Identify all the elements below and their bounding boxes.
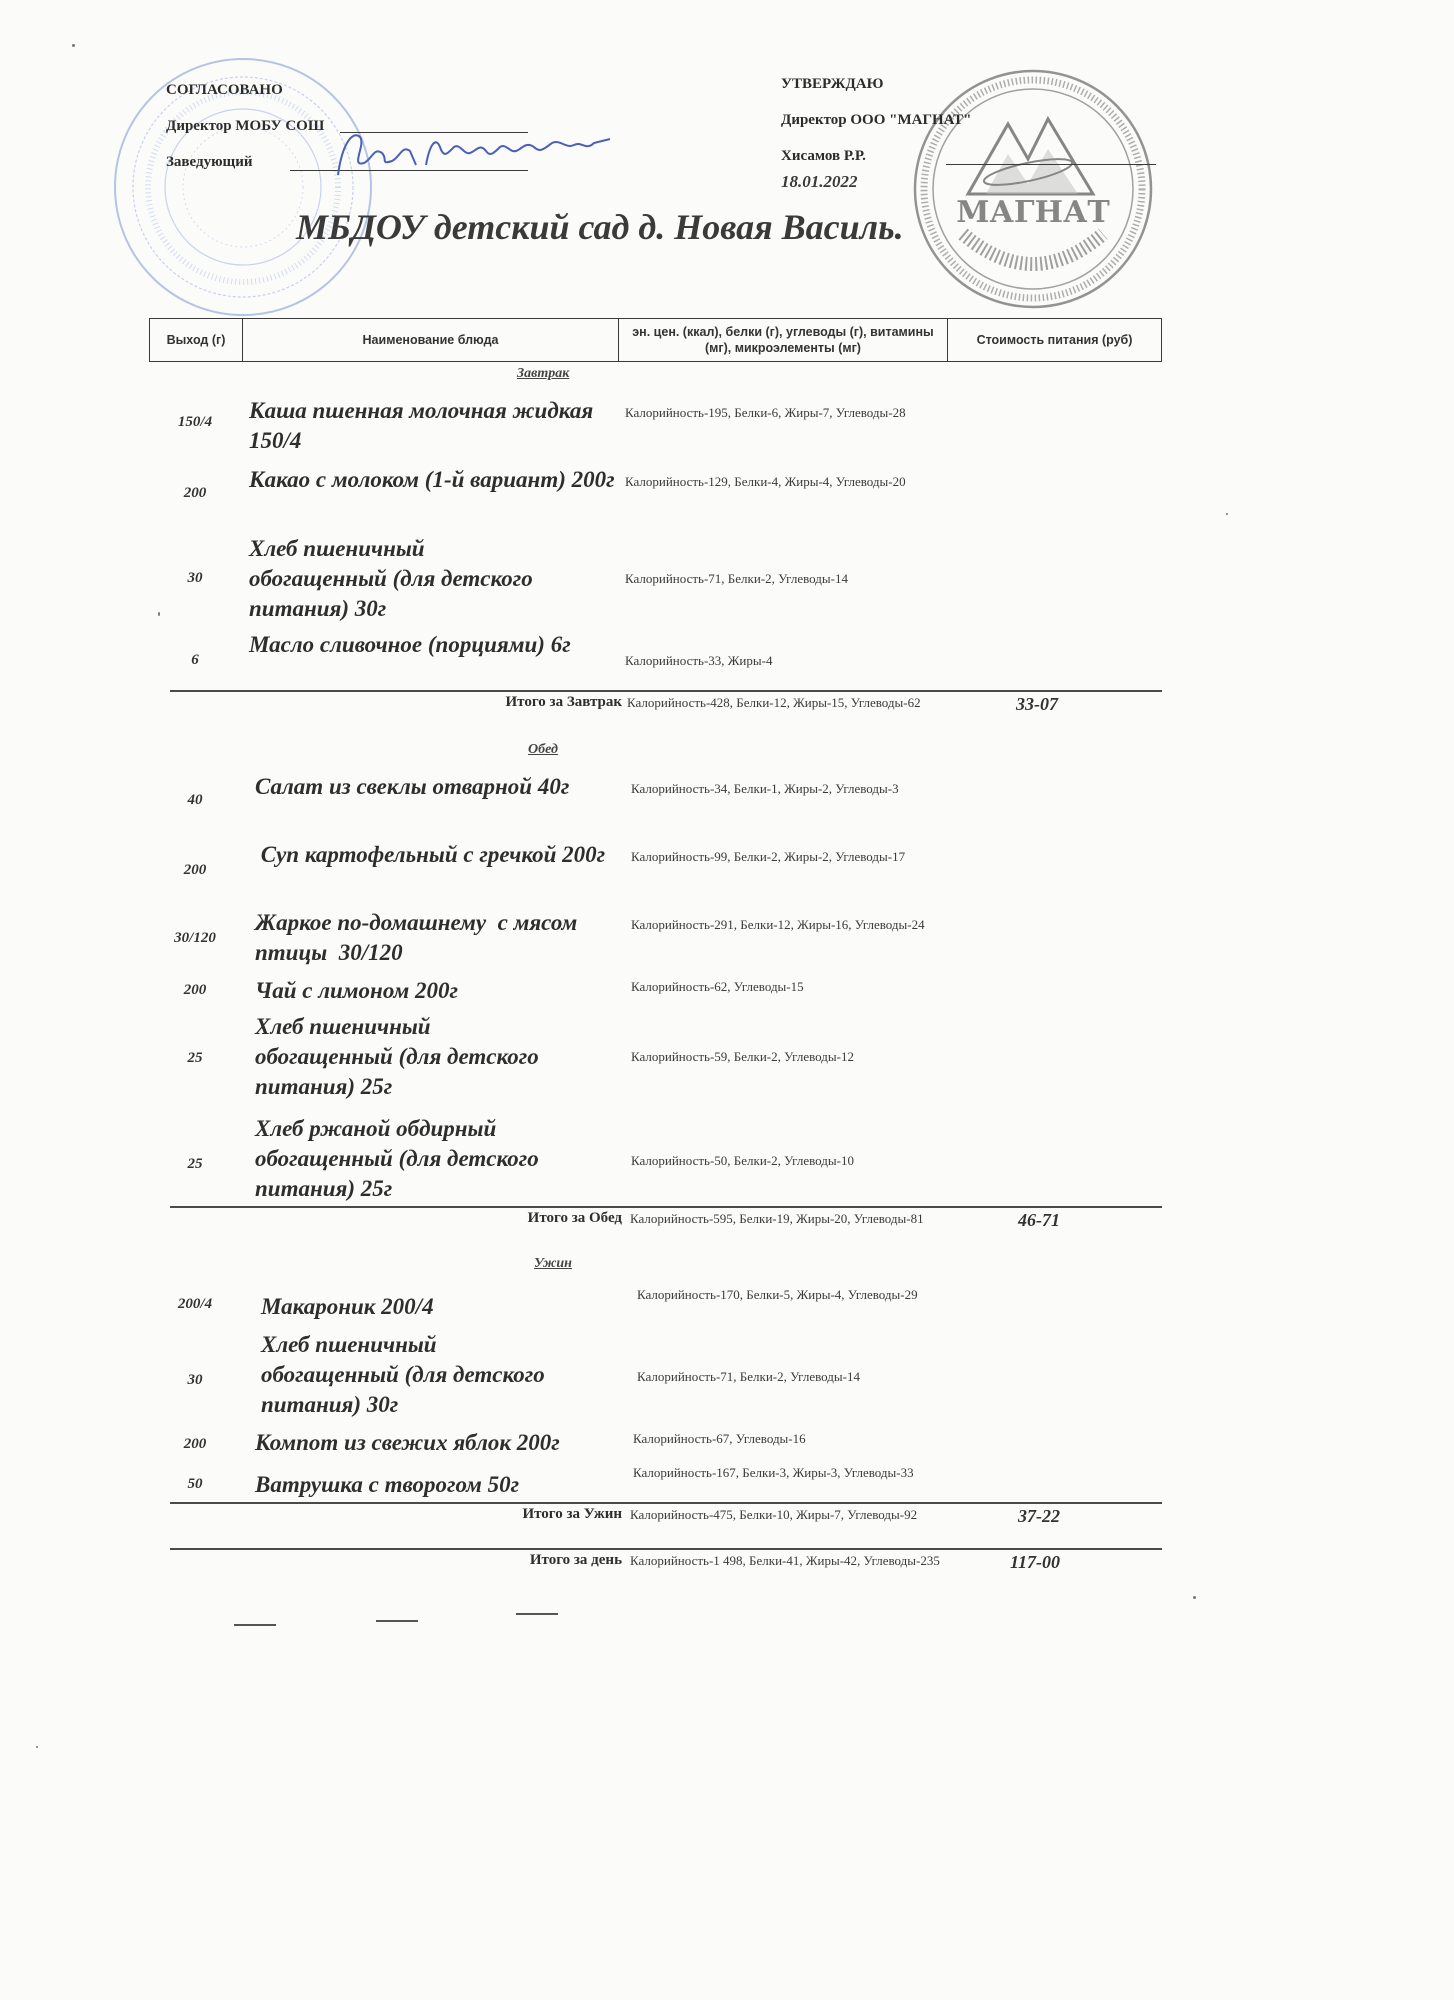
scan-speck [1226, 513, 1228, 515]
nutrition-info: Калорийность-33, Жиры-4 [625, 652, 945, 670]
table-header: Выход (г) Наименование блюда эн. цен. (к… [149, 318, 1162, 362]
lunch-total-cost: 46-71 [1018, 1210, 1060, 1231]
yield-value: 200 [149, 1436, 241, 1453]
approval-position-left: Директор МОБУ СОШ [166, 118, 324, 135]
section-title-lunch: Обед [528, 742, 558, 758]
yield-value: 40 [149, 792, 241, 809]
scan-speck [36, 1746, 38, 1748]
dinner-total-cost: 37-22 [1018, 1506, 1060, 1527]
column-header-dish: Наименование блюда [243, 319, 619, 361]
nutrition-info: Калорийность-291, Белки-12, Жиры-16, Угл… [631, 916, 951, 934]
svg-text:МАГНАТ: МАГНАТ [956, 195, 1110, 230]
dish-name: Хлеб пшеничный обогащенный (для детского… [261, 1330, 561, 1420]
nutrition-info: Калорийность-62, Углеводы-15 [631, 978, 951, 996]
approval-heading-left: СОГЛАСОВАНО [166, 82, 283, 99]
day-total-nutrition: Калорийность-1 498, Белки-41, Жиры-42, У… [630, 1552, 950, 1570]
yield-value: 30/120 [149, 930, 241, 947]
approval-position-right: Директор ООО "МАГНАТ" [781, 112, 972, 129]
dish-name: Компот из свежих яблок 200г [255, 1428, 635, 1458]
approval-date: 18.01.2022 [781, 172, 858, 192]
dish-name: Хлеб пшеничный обогащенный (для детского… [249, 534, 549, 624]
yield-value: 25 [149, 1156, 241, 1173]
yield-value: 50 [149, 1476, 241, 1493]
nutrition-info: Калорийность-67, Углеводы-16 [633, 1430, 953, 1448]
yield-value: 30 [149, 1372, 241, 1389]
row-divider [170, 1548, 1162, 1550]
nutrition-info: Калорийность-170, Белки-5, Жиры-4, Углев… [637, 1286, 957, 1304]
nutrition-info: Калорийность-34, Белки-1, Жиры-2, Углево… [631, 780, 951, 798]
yield-value: 200 [149, 862, 241, 879]
signature-line-3 [946, 164, 1156, 165]
approver-name: Хисамов Р.Р. [781, 148, 866, 165]
footer-signature-line-1 [234, 1624, 276, 1626]
scan-speck [1193, 1596, 1196, 1599]
dish-name: Суп картофельный с гречкой 200г [255, 840, 635, 870]
nutrition-info: Калорийность-167, Белки-3, Жиры-3, Углев… [633, 1464, 953, 1482]
breakfast-total-nutrition: Калорийность-428, Белки-12, Жиры-15, Угл… [627, 694, 947, 712]
dish-name: Какао с молоком (1-й вариант) 200г [249, 465, 629, 495]
dish-name: Хлеб пшеничный обогащенный (для детского… [255, 1012, 555, 1102]
approval-heading-right: УТВЕРЖДАЮ [781, 76, 884, 93]
row-divider [170, 1502, 1162, 1504]
section-title-dinner: Ужин [534, 1256, 572, 1272]
footer-signature-line-3 [516, 1613, 558, 1615]
dish-name: Макароник 200/4 [261, 1292, 641, 1322]
day-total-cost: 117-00 [1010, 1552, 1060, 1573]
dish-name: Жаркое по-домашнему с мясом птицы 30/120 [255, 908, 635, 968]
dish-name: Каша пшенная молочная жидкая 150/4 [249, 396, 629, 456]
column-header-nutrition: эн. цен. (ккал), белки (г), углеводы (г)… [619, 319, 948, 361]
dish-name: Салат из свеклы отварной 40г [255, 772, 635, 802]
dish-name: Чай с лимоном 200г [255, 976, 635, 1006]
column-header-cost: Стоимость питания (руб) [948, 319, 1161, 361]
dish-name: Ватрушка с творогом 50г [255, 1470, 635, 1500]
yield-value: 200 [149, 982, 241, 999]
nutrition-info: Калорийность-129, Белки-4, Жиры-4, Углев… [625, 473, 945, 491]
nutrition-info: Калорийность-195, Белки-6, Жиры-7, Углев… [625, 404, 945, 422]
approval-head-label: Заведующий [166, 154, 252, 171]
yield-value: 200 [149, 485, 241, 502]
dinner-total-nutrition: Калорийность-475, Белки-10, Жиры-7, Угле… [630, 1506, 950, 1524]
nutrition-info: Калорийность-71, Белки-2, Углеводы-14 [637, 1368, 957, 1386]
yield-value: 150/4 [149, 414, 241, 431]
yield-value: 200/4 [149, 1296, 241, 1313]
dish-name: Масло сливочное (порциями) 6г [249, 630, 629, 660]
footer-signature-line-2 [376, 1620, 418, 1622]
company-stamp-right: МАГНАТ [908, 64, 1158, 314]
lunch-total-nutrition: Калорийность-595, Белки-19, Жиры-20, Угл… [630, 1210, 950, 1228]
day-total-label: Итого за день [530, 1552, 622, 1569]
nutrition-info: Калорийность-59, Белки-2, Углеводы-12 [631, 1048, 951, 1066]
yield-value: 25 [149, 1050, 241, 1067]
row-divider [170, 1206, 1162, 1208]
nutrition-info: Калорийность-50, Белки-2, Углеводы-10 [631, 1152, 951, 1170]
document-title: МБДОУ детский сад д. Новая Василь. [296, 206, 904, 248]
nutrition-info: Калорийность-99, Белки-2, Жиры-2, Углево… [631, 848, 951, 866]
breakfast-total-cost: 33-07 [1016, 694, 1058, 715]
scan-speck [72, 44, 75, 47]
lunch-total-label: Итого за Обед [528, 1210, 622, 1227]
section-title-breakfast: Завтрак [517, 366, 569, 382]
scan-speck [158, 612, 160, 616]
row-divider [170, 690, 1162, 692]
dinner-total-label: Итого за Ужин [522, 1506, 622, 1523]
dish-name: Хлеб ржаной обдирный обогащенный (для де… [255, 1114, 555, 1204]
nutrition-info: Калорийность-71, Белки-2, Углеводы-14 [625, 570, 945, 588]
breakfast-total-label: Итого за Завтрак [506, 694, 622, 711]
column-header-yield: Выход (г) [150, 319, 243, 361]
yield-value: 6 [149, 652, 241, 669]
handwritten-signature [330, 125, 630, 185]
yield-value: 30 [149, 570, 241, 587]
